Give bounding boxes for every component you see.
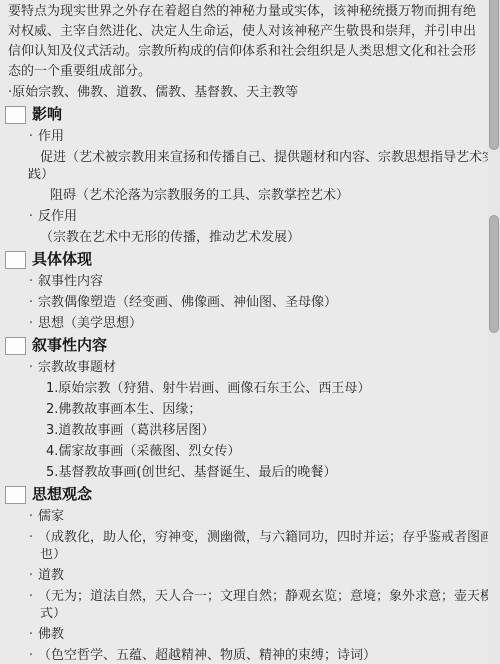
outline-line-text: 宗教故事题材 [38, 360, 116, 375]
outline-bullet-item: ·反作用 [0, 206, 500, 227]
bullet-icon: · [25, 506, 37, 527]
outline-line-text: 儒家 [38, 509, 64, 524]
outline-line-text: 促进（艺术被宗教用来宣扬和传播自己、提供题材和内容、宗教思想指导艺术实 [40, 150, 495, 165]
outline-bullet-item: ·叙事性内容 [0, 271, 500, 292]
outline-sub-line: 阻碍（艺术沦落为宗教服务的工具、宗教掌控艺术） [0, 185, 500, 206]
scrollbar-thumb[interactable] [489, 215, 499, 333]
section-heading: 具体体现 [0, 248, 500, 271]
outline-line-text: 4.儒家故事画（采薇图、烈女传） [46, 444, 240, 459]
section-heading: 影响 [0, 103, 500, 126]
outline-line-text: 态的一个重要组成部分。 [8, 64, 151, 79]
bullet-icon: · [25, 206, 37, 227]
outline-bullet-item: ·佛教 [0, 624, 500, 645]
collapse-checkbox[interactable] [5, 106, 26, 124]
outline-line-text: 1.原始宗教（狩猎、射牛岩画、画像石东王公、西王母） [46, 381, 370, 396]
section-heading: 思想观念 [0, 483, 500, 506]
section-heading-label: 影响 [32, 104, 62, 125]
outline-line-text: 宗教偶像塑造（经变画、佛像画、神仙图、圣母像） [38, 295, 337, 310]
outline-line-text: 5.基督教故事画(创世纪、基督诞生、最后的晚餐） [46, 465, 336, 480]
collapse-checkbox[interactable] [5, 251, 26, 269]
outline-line-text: 信仰认知及仪式活动。宗教所构成的信仰体系和社会组织是人类思想文化和社会形 [8, 44, 476, 59]
bullet-icon: · [25, 357, 37, 378]
outline-line-text: 阻碍（艺术沦落为宗教服务的工具、宗教掌控艺术） [50, 188, 349, 203]
section-heading: 叙事性内容 [0, 334, 500, 357]
outline-line-text: 反作用 [38, 209, 77, 224]
notes-page: 要特点为现实世界之外存在着超自然的神秘力量或实体，该神秘统摄万物而拥有绝对权威、… [0, 0, 500, 664]
outline-line-text: 2.佛教故事画本生、因缘； [46, 402, 201, 417]
outline-line-text: （成教化，助人伦，穷神变，测幽微，与六籍同功，四时并运；存乎鉴戒者图画 [38, 530, 493, 545]
outline-line-text: 3.道教故事画（葛洪移居图） [46, 423, 214, 438]
outline-bullet-item: ·（色空哲学、五蕴、超越精神、物质、精神的束缚；诗词） [0, 645, 500, 664]
outline-line-text: ·原始宗教、佛教、道教、儒教、基督教、天主教等 [8, 85, 298, 100]
outline-bullet-item: ·（无为；道法自然，天人合一；文理自然；静观玄览；意境；象外求意；壶天模 [0, 586, 500, 607]
outline-line-text: 要特点为现实世界之外存在着超自然的神秘力量或实体，该神秘统摄万物而拥有绝 [8, 4, 476, 19]
numbered-item: 5.基督教故事画(创世纪、基督诞生、最后的晚餐） [0, 462, 500, 483]
outline-document: 要特点为现实世界之外存在着超自然的神秘力量或实体，该神秘统摄万物而拥有绝对权威、… [0, 0, 500, 664]
scrollbar-track[interactable] [488, 0, 500, 664]
outline-bullet-item: ·儒家 [0, 506, 500, 527]
wrapped-continuation: 也） [0, 548, 500, 565]
numbered-item: 1.原始宗教（狩猎、射牛岩画、画像石东王公、西王母） [0, 378, 500, 399]
outline-bullet-item: ·道教 [0, 565, 500, 586]
numbered-item: 2.佛教故事画本生、因缘； [0, 399, 500, 420]
outline-bullet-item: ·宗教故事题材 [0, 357, 500, 378]
outline-bullet-item: ·宗教偶像塑造（经变画、佛像画、神仙图、圣母像） [0, 292, 500, 313]
numbered-item: 4.儒家故事画（采薇图、烈女传） [0, 441, 500, 462]
section-heading-label: 思想观念 [32, 484, 92, 505]
section-heading-label: 具体体现 [32, 249, 92, 270]
outline-line-text: （宗教在艺术中无形的传播，推动艺术发展） [40, 230, 300, 245]
outline-line-text: 叙事性内容 [38, 274, 103, 289]
bullet-icon: · [25, 586, 37, 607]
religion-list-line: ·原始宗教、佛教、道教、儒教、基督教、天主教等 [0, 82, 500, 103]
outline-line-text: 思想（美学思想） [38, 316, 142, 331]
bullet-icon: · [25, 271, 37, 292]
outline-line-text: 对权威、主宰自然进化、决定人生命运，使人对该神秘产生敬畏和崇拜，并引申出 [8, 24, 476, 39]
bullet-icon: · [25, 527, 37, 548]
wrapped-continuation: 践） [0, 168, 500, 185]
outline-line-text: 也） [40, 548, 66, 562]
bullet-icon: · [25, 292, 37, 313]
collapse-checkbox[interactable] [5, 337, 26, 355]
numbered-item: 3.道教故事画（葛洪移居图） [0, 420, 500, 441]
outline-sub-line: 促进（艺术被宗教用来宣扬和传播自己、提供题材和内容、宗教思想指导艺术实 [0, 147, 500, 168]
intro-text-line: 信仰认知及仪式活动。宗教所构成的信仰体系和社会组织是人类思想文化和社会形 [0, 42, 500, 62]
bullet-icon: · [25, 565, 37, 586]
outline-sub-line: （宗教在艺术中无形的传播，推动艺术发展） [0, 227, 500, 248]
bullet-icon: · [25, 645, 37, 664]
intro-text-line: 对权威、主宰自然进化、决定人生命运，使人对该神秘产生敬畏和崇拜，并引申出 [0, 22, 500, 42]
outline-line-text: 式） [40, 607, 66, 621]
outline-line-text: （色空哲学、五蕴、超越精神、物质、精神的束缚；诗词） [38, 648, 376, 663]
outline-line-text: （无为；道法自然，天人合一；文理自然；静观玄览；意境；象外求意；壶天模 [38, 589, 493, 604]
outline-bullet-item: ·作用 [0, 126, 500, 147]
bullet-icon: · [25, 126, 37, 147]
outline-line-text: 践） [28, 168, 54, 182]
collapse-checkbox[interactable] [5, 486, 26, 504]
wrapped-continuation: 式） [0, 607, 500, 624]
intro-text-line: 要特点为现实世界之外存在着超自然的神秘力量或实体，该神秘统摄万物而拥有绝 [0, 2, 500, 22]
outline-line-text: 作用 [38, 129, 64, 144]
outline-line-text: 道教 [38, 568, 64, 583]
outline-line-text: 佛教 [38, 627, 64, 642]
outline-bullet-item: ·（成教化，助人伦，穷神变，测幽微，与六籍同功，四时并运；存乎鉴戒者图画 [0, 527, 500, 548]
outline-bullet-item: ·思想（美学思想） [0, 313, 500, 334]
scrollbar-thumb-top[interactable] [489, 0, 499, 150]
bullet-icon: · [25, 624, 37, 645]
intro-text-line: 态的一个重要组成部分。 [0, 62, 500, 82]
bullet-icon: · [25, 313, 37, 334]
section-heading-label: 叙事性内容 [32, 335, 107, 356]
